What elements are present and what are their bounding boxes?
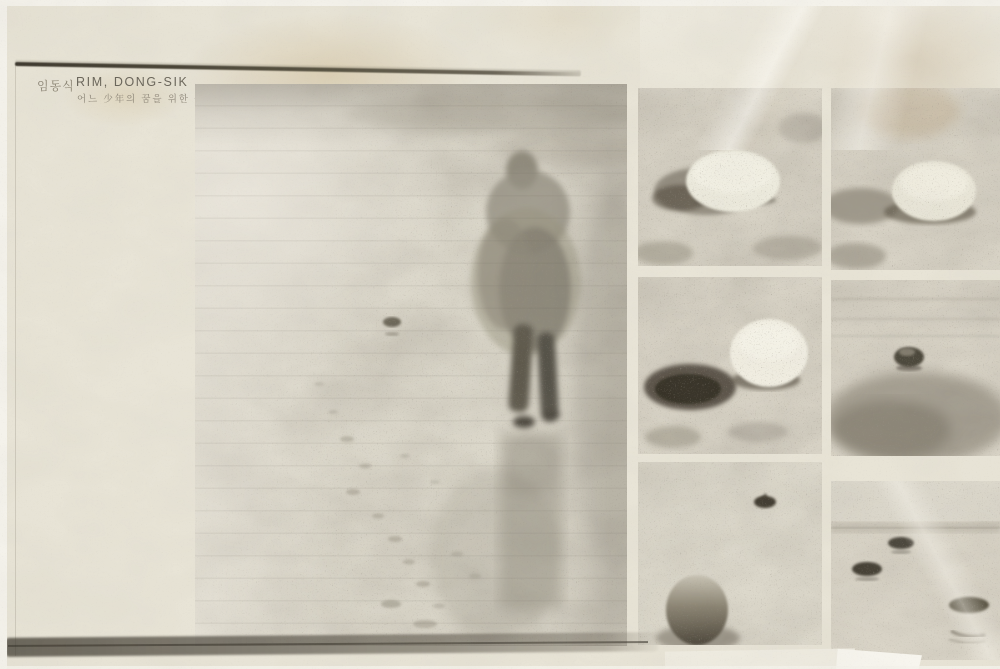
page-edge-top (0, 0, 1000, 6)
grid-photo-stone-and-hole (638, 277, 822, 454)
grid-photo-stone-and-mound (831, 280, 1000, 456)
main-photo-art (195, 84, 627, 646)
grid-photo-dark-egg-stone (638, 462, 822, 645)
grid-photo-5-art (638, 462, 822, 645)
header-rule (15, 62, 581, 76)
left-margin-line (15, 64, 16, 656)
grid-photo-3-art (638, 277, 822, 454)
fold-crease (640, 0, 1000, 150)
grid-photo-4-art (831, 280, 1000, 456)
grid-photo-6-art (831, 481, 1000, 660)
main-photo-hooded-figure (195, 84, 627, 646)
grid-photo-scattered-stones (831, 481, 1000, 660)
artist-name-korean: 임동식 (37, 77, 75, 94)
dark-smudge-band (6, 632, 658, 657)
artist-name-roman: RIM, DONG-SIK (76, 75, 188, 89)
page-scan: 임동식 RIM, DONG-SIK 어느 少年의 꿈을 위한 作業 (0, 0, 1000, 669)
page-edge-left (0, 0, 7, 669)
